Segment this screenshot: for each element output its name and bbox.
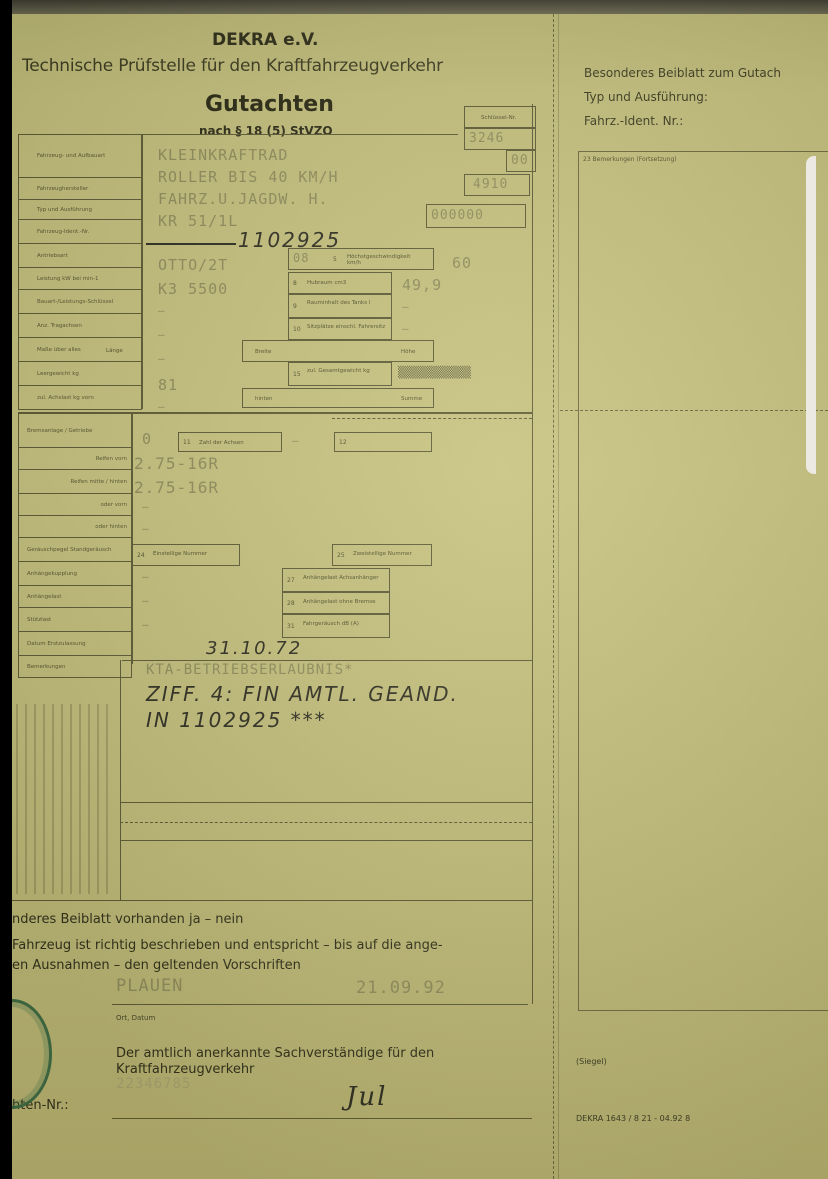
value-power: K3 5500 xyxy=(158,280,228,298)
code-2: 00 xyxy=(511,153,529,168)
row-label-brakes: Bremsanlage / Getriebe xyxy=(18,414,132,448)
row-label-coupling: Anhängekupplung xyxy=(18,562,132,586)
value-support-load: — xyxy=(142,618,150,631)
code-box-1: 3246 xyxy=(464,128,536,150)
box-displacement: 8 Hubraum cm3 xyxy=(288,272,392,294)
row-label-vehicle-type: Fahrzeug- und Aufbauart xyxy=(18,134,142,178)
remarks-continuation-box: 23 Bemerkungen (Fortsetzung) xyxy=(578,151,828,1011)
remarks-continuation-label: 23 Bemerkungen (Fortsetzung) xyxy=(583,156,677,163)
box-double-digit: 25 Zweistellige Nummer xyxy=(332,544,432,566)
value-vehicle-class: ROLLER BIS 40 KM/H xyxy=(158,168,339,186)
place-value: PLAUEN xyxy=(116,976,183,996)
screen-edge xyxy=(0,0,12,1179)
signature-rule xyxy=(112,1118,532,1119)
official-stamp xyxy=(12,999,52,1109)
row-label-alt-front: oder vorn xyxy=(18,494,132,516)
row-label-vin: Fahrzeug-Ident.-Nr. xyxy=(18,220,142,244)
value-remarks-typed: KTA-BETRIEBSERLAUBNIS* xyxy=(146,662,353,678)
remarks-lower-rule xyxy=(120,840,532,841)
code-label: Schlüssel-Nr. xyxy=(481,115,516,121)
row-label-tire-rear: Reifen mitte / hinten xyxy=(18,470,132,494)
document-title: Gutachten xyxy=(205,92,334,117)
box-trailer-unbraked: 28 Anhängelast ohne Bremse xyxy=(282,592,390,614)
row-label-tire-front: Reifen vorn xyxy=(18,448,132,470)
vin-strikethrough xyxy=(146,243,236,245)
value-axle-count: — xyxy=(292,434,300,447)
expert-label-1: Der amtlich anerkannte Sachverständige f… xyxy=(116,1046,434,1061)
value-first-registration: 31.10.72 xyxy=(206,638,302,659)
value-empty-weight: 81 xyxy=(158,376,178,394)
row-label-remarks: Bemerkungen xyxy=(18,656,132,678)
box-trailer-load: 27 Anhängelast Achsanhänger xyxy=(282,568,390,592)
expert-label-2: Kraftfahrzeugverkehr xyxy=(116,1062,254,1077)
photo-top-edge xyxy=(12,0,828,14)
remarks-handwritten-line-2: IN 1102925 *** xyxy=(146,708,327,732)
value-tire-front: 2.75-16R xyxy=(134,454,219,473)
right-frame-rule xyxy=(532,104,533,1004)
value-displacement: 49,9 xyxy=(402,276,442,294)
place-date-rule xyxy=(112,1004,528,1005)
legal-basis: nach § 18 (5) StVZO xyxy=(199,124,333,138)
box-driven-axles: 12 xyxy=(334,432,432,452)
box-gross-weight: 15 zul. Gesamtgewicht kg xyxy=(288,362,392,386)
box-width-height: Breite Höhe xyxy=(242,340,434,362)
value-seats: — xyxy=(402,322,410,335)
value-alt-rear: — xyxy=(142,522,150,535)
place-date-label: Ort, Datum xyxy=(116,1014,155,1022)
remarks-handwritten-line-1: ZIFF. 4: FIN AMTL. GEAND. xyxy=(146,682,459,706)
page-fold xyxy=(553,14,559,1179)
code-3: 4910 xyxy=(473,177,508,192)
value-tank: — xyxy=(402,300,410,313)
supplementary-sheet: Besonderes Beiblatt zum Gutach Typ und A… xyxy=(560,14,828,1179)
seal-label: (Siegel) xyxy=(576,1057,607,1066)
supplementary-title: Besonderes Beiblatt zum Gutach xyxy=(584,66,781,80)
organization-subtitle: Technische Prüfstelle für den Kraftfahrz… xyxy=(22,56,443,76)
value-dimensions: — xyxy=(158,352,166,365)
organization-name: DEKRA e.V. xyxy=(212,30,318,50)
lower-label-col-rule xyxy=(132,414,133,664)
value-brakes: 0 xyxy=(142,430,152,448)
value-drive: OTTO/2T xyxy=(158,256,228,274)
row-label-alt-rear: oder hinten xyxy=(18,516,132,538)
remarks-bottom-rule xyxy=(120,802,532,803)
conformity-statement-2: en Ausnahmen – den geltenden Vorschrifte… xyxy=(12,958,301,973)
value-trailer-load: — xyxy=(142,594,150,607)
type-label: Typ und Ausführung: xyxy=(584,90,708,104)
value-key: — xyxy=(158,304,166,317)
date-value: 21.09.92 xyxy=(356,978,446,998)
gutachten-sheet: DEKRA e.V. Technische Prüfstelle für den… xyxy=(12,14,552,1179)
row-label-trailer-load: Anhängelast xyxy=(18,586,132,608)
label-col-rule xyxy=(142,134,143,409)
report-number-value: 22346785 xyxy=(116,1076,191,1092)
remarks-top-rule xyxy=(122,660,532,661)
label-length: Länge xyxy=(106,348,123,354)
row-label-key: Bauart-/Leistungs-Schlüssel xyxy=(18,290,142,314)
code-1: 3246 xyxy=(469,131,504,146)
value-vehicle-type: KLEINKRAFTRAD xyxy=(158,146,288,164)
row-label-manufacturer: Fahrzeughersteller xyxy=(18,178,142,200)
row-label-first-reg: Datum Erstzulassung xyxy=(18,632,132,656)
box-drive-noise: 31 Fahrgeräusch dB (A) xyxy=(282,614,390,638)
box-rear-sum: hinten Summe xyxy=(242,388,434,408)
box-tank: 9 Rauminhalt des Tanks l xyxy=(288,294,392,318)
row-label-support-load: Stützlast xyxy=(18,608,132,632)
document-photo: DEKRA e.V. Technische Prüfstelle für den… xyxy=(12,0,828,1179)
row-label-empty-weight: Leergewicht kg xyxy=(18,362,142,386)
row-label-axles: Anz. Tragachsen xyxy=(18,314,142,338)
code-4: 000000 xyxy=(431,208,484,223)
value-axles: — xyxy=(158,328,166,341)
value-tire-rear: 2.75-16R xyxy=(134,478,219,497)
box-single-digit: 24 Einstellige Nummer xyxy=(132,544,240,566)
vin-label: Fahrz.-Ident. Nr.: xyxy=(584,114,683,128)
supplementary-sheet-statement: nderes Beiblatt vorhanden ja – nein xyxy=(12,912,243,927)
row-label-dimensions: Maße über alles xyxy=(18,338,142,362)
row-label-axle-load: zul. Achslast kg vorn xyxy=(18,386,142,410)
code-box-3: 4910 xyxy=(464,174,530,196)
row-label-noise: Geräuschpegel Standgeräusch xyxy=(18,538,132,562)
value-manufacturer: FAHRZ.U.JAGDW. H. xyxy=(158,190,329,208)
value-type: KR 51/1L xyxy=(158,212,238,230)
code-box-4: 000000 xyxy=(426,204,526,228)
value-alt-front: — xyxy=(142,500,150,513)
vertical-fine-print xyxy=(16,704,112,894)
remarks-left-rule xyxy=(120,660,121,900)
row-label-type: Typ und Ausführung xyxy=(18,200,142,220)
box-axle-count: 11 Zahl der Achsen xyxy=(178,432,282,452)
conformity-statement-1: Fahrzeug ist richtig beschrieben und ent… xyxy=(12,938,443,953)
code-label-box: Schlüssel-Nr. xyxy=(464,106,536,128)
row-label-drive: Antriebsart xyxy=(18,244,142,268)
right-fold-rule xyxy=(560,410,828,411)
scrollbar-thumb[interactable] xyxy=(806,156,816,474)
value-coupling: — xyxy=(142,570,150,583)
box-top-speed: 08 5 Höchstgeschwindigkeit km/h xyxy=(288,248,434,270)
row-label-power: Leistung kW bei min-1 xyxy=(18,268,142,290)
value-top-speed: 60 xyxy=(452,254,472,272)
remarks-dashed-rule xyxy=(120,822,532,823)
expert-signature: Jul xyxy=(346,1082,387,1112)
dashed-rule xyxy=(332,418,532,419)
value-gross-weight-stamp: ▒▒▒▒▒▒▒▒▒▒▒ xyxy=(398,366,471,379)
table-bottom-rule xyxy=(12,900,532,901)
form-code: DEKRA 1643 / 8 21 - 04.92 8 xyxy=(576,1114,690,1123)
box-seats: 10 Sitzplätze einschl. Fahrersitz xyxy=(288,318,392,340)
